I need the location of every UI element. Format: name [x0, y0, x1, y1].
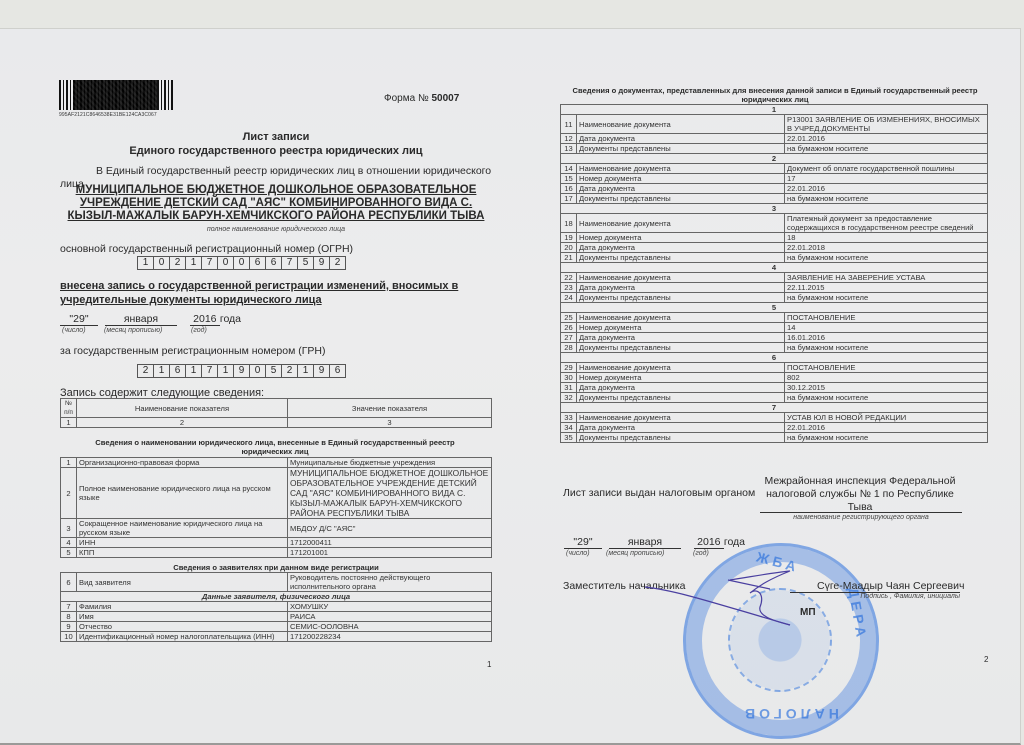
group-header: 4: [561, 263, 988, 273]
issue-date: "29" января 2016года: [564, 536, 745, 549]
section-name-title: Сведения о наименовании юридического лиц…: [90, 438, 460, 456]
table-row: 17Документы представленына бумажном носи…: [561, 194, 988, 204]
grn-digit: 2: [138, 365, 154, 377]
ogrn-digit: 6: [250, 257, 266, 269]
page-number-1: 1: [487, 660, 491, 669]
doc-subtitle: Единого государственного реестра юридиче…: [60, 145, 492, 157]
signer-name: Сүге-Маадыр Чаян Сергеевич: [817, 580, 964, 592]
barcode-text: 995AF2121C8646538E31BE124CA3C067: [59, 112, 157, 118]
table-row: 21Документы представленына бумажном носи…: [561, 253, 988, 263]
intro-text: В Единый государственный реестр юридичес…: [96, 165, 491, 177]
grn-digit: 5: [266, 365, 282, 377]
table-row: 27Дата документа16.01.2016: [561, 333, 988, 343]
table-row: 25Наименование документаПОСТАНОВЛЕНИЕ: [561, 313, 988, 323]
table-row: 4ИНН1712000411: [61, 538, 492, 548]
grn-digit: 7: [202, 365, 218, 377]
ogrn-digit: 7: [202, 257, 218, 269]
grn-digit: 0: [250, 365, 266, 377]
grn-digit: 1: [186, 365, 202, 377]
table-row: 7ФамилияХОМУШКУ: [61, 602, 492, 612]
group-header: 7: [561, 403, 988, 413]
form-number: Форма № 50007: [384, 93, 459, 104]
table-row: 1Организационно-правовая формаМуниципаль…: [61, 458, 492, 468]
org-caption: полное наименование юридического лица: [60, 226, 492, 233]
table-row: 13Документы представленына бумажном носи…: [561, 144, 988, 154]
table-row: 15Номер документа17: [561, 174, 988, 184]
grn-label: за государственным регистрационным номер…: [60, 345, 326, 357]
ogrn-digit: 0: [234, 257, 250, 269]
table-row: 11Наименование документаР13001 ЗАЯВЛЕНИЕ…: [561, 115, 988, 134]
page-number-2: 2: [984, 655, 988, 664]
table-row: 22Наименование документаЗАЯВЛЕНИЕ НА ЗАВ…: [561, 273, 988, 283]
table-row: 2Полное наименование юридического лица н…: [61, 468, 492, 519]
table-row: 26Номер документа14: [561, 323, 988, 333]
section-applicant-title: Сведения о заявителях при данном виде ре…: [60, 563, 492, 572]
ogrn-digit: 7: [282, 257, 298, 269]
ogrn-digit: 2: [330, 257, 345, 269]
grn-digit: 9: [234, 365, 250, 377]
group-header: 5: [561, 303, 988, 313]
table-row: 8ИмяРАИСА: [61, 612, 492, 622]
group-header: 6: [561, 353, 988, 363]
table-row: 30Номер документа802: [561, 373, 988, 383]
table-row: 34Дата документа22.01.2016: [561, 423, 988, 433]
ogrn-digit: 9: [314, 257, 330, 269]
group-header: 3: [561, 204, 988, 214]
table-row: 10Идентификационный номер налогоплательщ…: [61, 632, 492, 642]
docs-title: Сведения о документах, представленных дл…: [565, 86, 985, 104]
table-row: 19Номер документа18: [561, 233, 988, 243]
table-row: 14Наименование документаДокумент об опла…: [561, 164, 988, 174]
table-row: 35Документы представленына бумажном носи…: [561, 433, 988, 443]
ogrn-label: основной государственный регистрационный…: [60, 243, 353, 255]
authority-caption: наименование регистрирующего органа: [760, 514, 962, 521]
ogrn-digit: 6: [266, 257, 282, 269]
table-row: 9ОтчествоСЕМИС-ООЛОВНА: [61, 622, 492, 632]
group-header: 1: [561, 105, 988, 115]
ogrn-digit: 0: [154, 257, 170, 269]
signer-caption: Подпись , Фамилия, инициалы: [820, 593, 960, 600]
ogrn-digit: 1: [186, 257, 202, 269]
table-row: 23Дата документа22.11.2015: [561, 283, 988, 293]
table-row: 24Документы представленына бумажном носи…: [561, 293, 988, 303]
table-row: 3Сокращенное наименование юридического л…: [61, 519, 492, 538]
grn-digits: 2161719052196: [137, 364, 346, 378]
table-subheader: Данные заявителя, физического лица: [61, 592, 492, 602]
grn-digit: 6: [170, 365, 186, 377]
authority-name: Межрайонная инспекция Федеральной налого…: [760, 475, 960, 514]
doc-title: Лист записи: [60, 131, 492, 143]
name-table: 1Организационно-правовая формаМуниципаль…: [60, 457, 492, 558]
table-row: 18Наименование документаПлатежный докуме…: [561, 214, 988, 233]
table-row: 31Дата документа30.12.2015: [561, 383, 988, 393]
docs-table: 111Наименование документаР13001 ЗАЯВЛЕНИ…: [560, 104, 988, 443]
grn-digit: 9: [314, 365, 330, 377]
table-row: 16Дата документа22.01.2016: [561, 184, 988, 194]
applicant-table: 6Вид заявителяРуководитель постоянно дей…: [60, 572, 492, 642]
ogrn-digits: 1021700667592: [137, 256, 346, 270]
grn-digit: 1: [298, 365, 314, 377]
issued-label: Лист записи выдан налоговым органом: [563, 487, 755, 499]
table-row: 5КПП171201001: [61, 548, 492, 558]
org-full-name: МУНИЦИПАЛЬНОЕ БЮДЖЕТНОЕ ДОШКОЛЬНОЕ ОБРАЗ…: [60, 184, 492, 223]
header-table: № п/п Наименование показателя Значение п…: [60, 398, 492, 428]
group-header: 2: [561, 154, 988, 164]
ogrn-digit: 0: [218, 257, 234, 269]
table-row: 28Документы представленына бумажном носи…: [561, 343, 988, 353]
table-row: 12Дата документа22.01.2016: [561, 134, 988, 144]
entry-date: "29" января 2016года: [60, 313, 241, 326]
entry-statement: внесена запись о государственной регистр…: [60, 279, 500, 307]
table-row: 6Вид заявителяРуководитель постоянно дей…: [61, 573, 492, 592]
ogrn-digit: 1: [138, 257, 154, 269]
table-row: 33Наименование документаУСТАВ ЮЛ В НОВОЙ…: [561, 413, 988, 423]
barcode: [59, 80, 175, 110]
table-row: 32Документы представленына бумажном носи…: [561, 393, 988, 403]
ogrn-digit: 2: [170, 257, 186, 269]
grn-digit: 1: [154, 365, 170, 377]
grn-digit: 2: [282, 365, 298, 377]
ogrn-digit: 5: [298, 257, 314, 269]
table-row: 29Наименование документаПОСТАНОВЛЕНИЕ: [561, 363, 988, 373]
grn-digit: 6: [330, 365, 345, 377]
seal-label: МП: [800, 607, 816, 618]
signature: [640, 565, 800, 635]
table-row: 20Дата документа22.01.2018: [561, 243, 988, 253]
grn-digit: 1: [218, 365, 234, 377]
